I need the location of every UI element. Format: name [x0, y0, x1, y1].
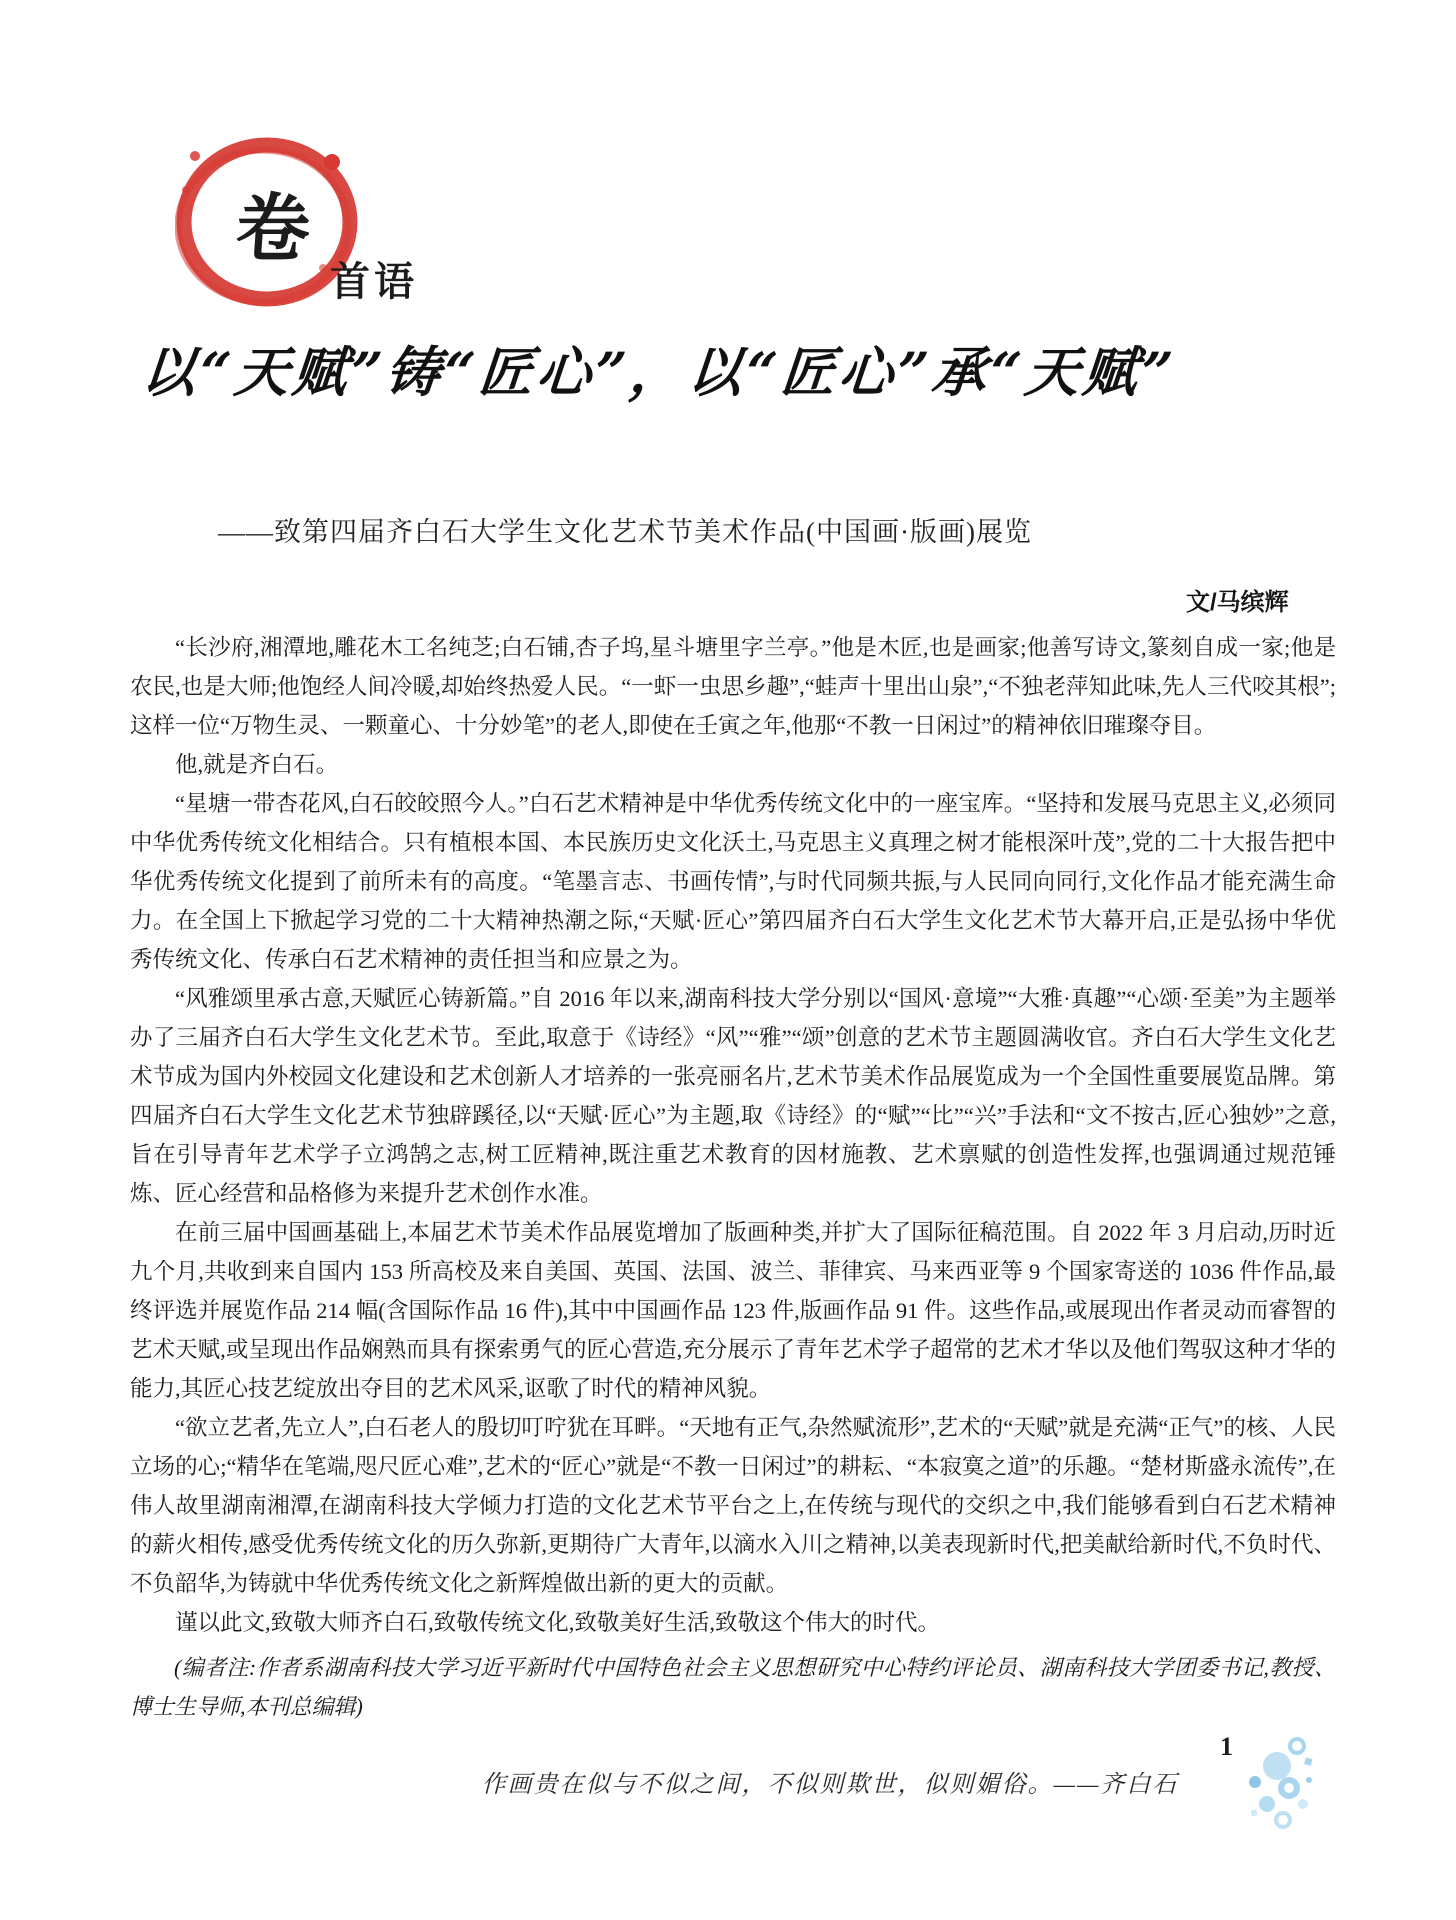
paragraph-6: “欲立艺者,先立人”,白石老人的殷切叮咛犹在耳畔。“天地有正气,杂然赋流形”,艺… [130, 1408, 1336, 1603]
paragraph-4: “风雅颂里承古意,天赋匠心铸新篇。”自 2016 年以来,湖南科技大学分别以“国… [130, 979, 1336, 1213]
masthead-label: 首语 [330, 262, 418, 302]
article-title: 以“天赋”铸“匠心”，以“匠心”承“天赋” [139, 330, 1156, 407]
article-byline: 文/马缤辉 [1186, 582, 1289, 617]
footer-decoration-icon [1243, 1732, 1317, 1830]
paragraph-5: 在前三届中国画基础上,本届艺术节美术作品展览增加了版画种类,并扩大了国际征稿范围… [130, 1213, 1336, 1408]
paragraph-1: “长沙府,湘潭地,雕花木工名纯芝;白石铺,杏子坞,星斗塘里字兰亭。”他是木匠,也… [130, 628, 1336, 745]
page-number: 1 [1220, 1732, 1233, 1762]
article-body: “长沙府,湘潭地,雕花木工名纯芝;白石铺,杏子坞,星斗塘里字兰亭。”他是木匠,也… [130, 628, 1336, 1642]
article-subtitle: ——致第四届齐白石大学生文化艺术节美术作品(中国画·版画)展览 [142, 510, 1108, 549]
paragraph-2: 他,就是齐白石。 [130, 745, 1336, 784]
magazine-page: 卷 首语 以“天赋”铸“匠心”，以“匠心”承“天赋” ——致第四届齐白石大学生文… [0, 0, 1456, 1920]
paragraph-3: “星塘一带杏花风,白石皎皎照今人。”白石艺术精神是中华优秀传统文化中的一座宝库。… [130, 784, 1336, 979]
paragraph-7: 谨以此文,致敬大师齐白石,致敬传统文化,致敬美好生活,致敬这个伟大的时代。 [130, 1603, 1336, 1642]
seal-character: 卷 [233, 192, 312, 266]
editor-note: (编者注:作者系湖南科技大学习近平新时代中国特色社会主义思想研究中心特约评论员、… [130, 1648, 1336, 1726]
footer-quote: 作画贵在似与不似之间，不似则欺世，似则媚俗。——齐白石 [400, 1764, 1260, 1799]
